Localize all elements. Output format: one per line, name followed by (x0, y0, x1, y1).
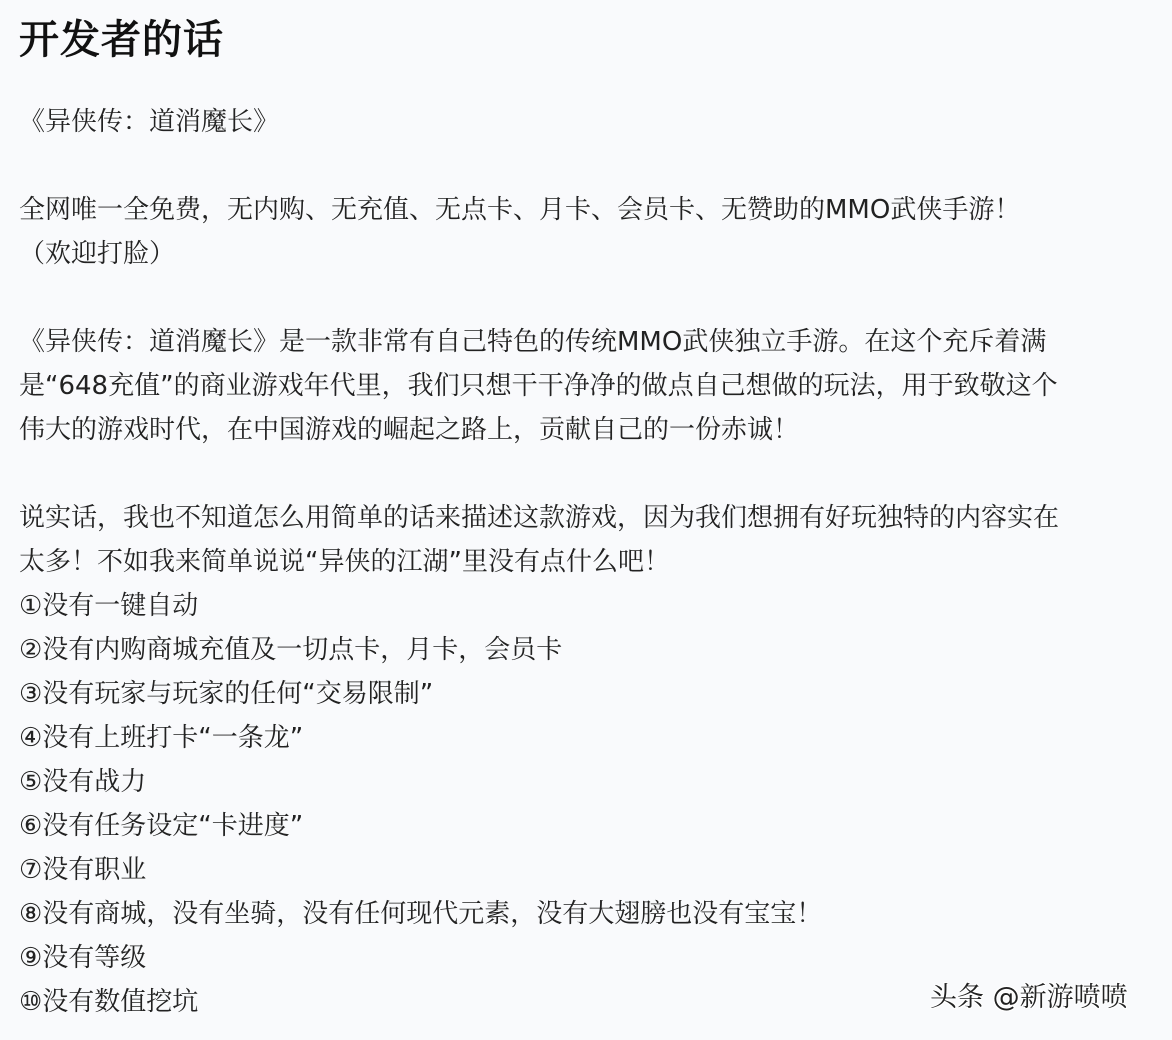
honest-line-1: 说实话，我也不知道怎么用简单的话来描述这款游戏，因为我们想拥有好玩独特的内容实在 (19, 496, 1059, 540)
list-item: ③没有玩家与玩家的任何“交易限制” (19, 672, 433, 716)
list-item: ①没有一键自动 (19, 584, 198, 628)
list-item: ⑤没有战力 (19, 760, 146, 804)
list-item: ⑦没有职业 (19, 848, 146, 892)
intro-line-1: 全网唯一全免费，无内购、无充值、无点卡、月卡、会员卡、无赞助的MMO武侠手游！ (19, 188, 1020, 232)
list-item: ⑩没有数值挖坑 (19, 980, 198, 1024)
game-name: 《异侠传：道消魔长》 (19, 100, 279, 144)
page-title: 开发者的话 (19, 14, 224, 66)
list-item: ②没有内购商城充值及一切点卡，月卡，会员卡 (19, 628, 562, 672)
watermark: 头条 @新游喷喷 (930, 978, 1128, 1018)
description-line-2: 是“648充值”的商业游戏年代里，我们只想干干净净的做点自己想做的玩法，用于致敬… (19, 364, 1058, 408)
list-item: ⑨没有等级 (19, 936, 146, 980)
intro-line-2: （欢迎打脸） (19, 232, 175, 276)
description-line-1: 《异侠传：道消魔长》是一款非常有自己特色的传统MMO武侠独立手游。在这个充斥着满 (19, 320, 1046, 364)
list-item: ⑧没有商城，没有坐骑，没有任何现代元素，没有大翅膀也没有宝宝！ (19, 892, 822, 936)
honest-line-2: 太多！不如我来简单说说“异侠的江湖”里没有点什么吧！ (19, 540, 670, 584)
list-item: ④没有上班打卡“一条龙” (19, 716, 303, 760)
description-line-3: 伟大的游戏时代，在中国游戏的崛起之路上，贡献自己的一份赤诚！ (19, 408, 799, 452)
list-item: ⑥没有任务设定“卡进度” (19, 804, 303, 848)
